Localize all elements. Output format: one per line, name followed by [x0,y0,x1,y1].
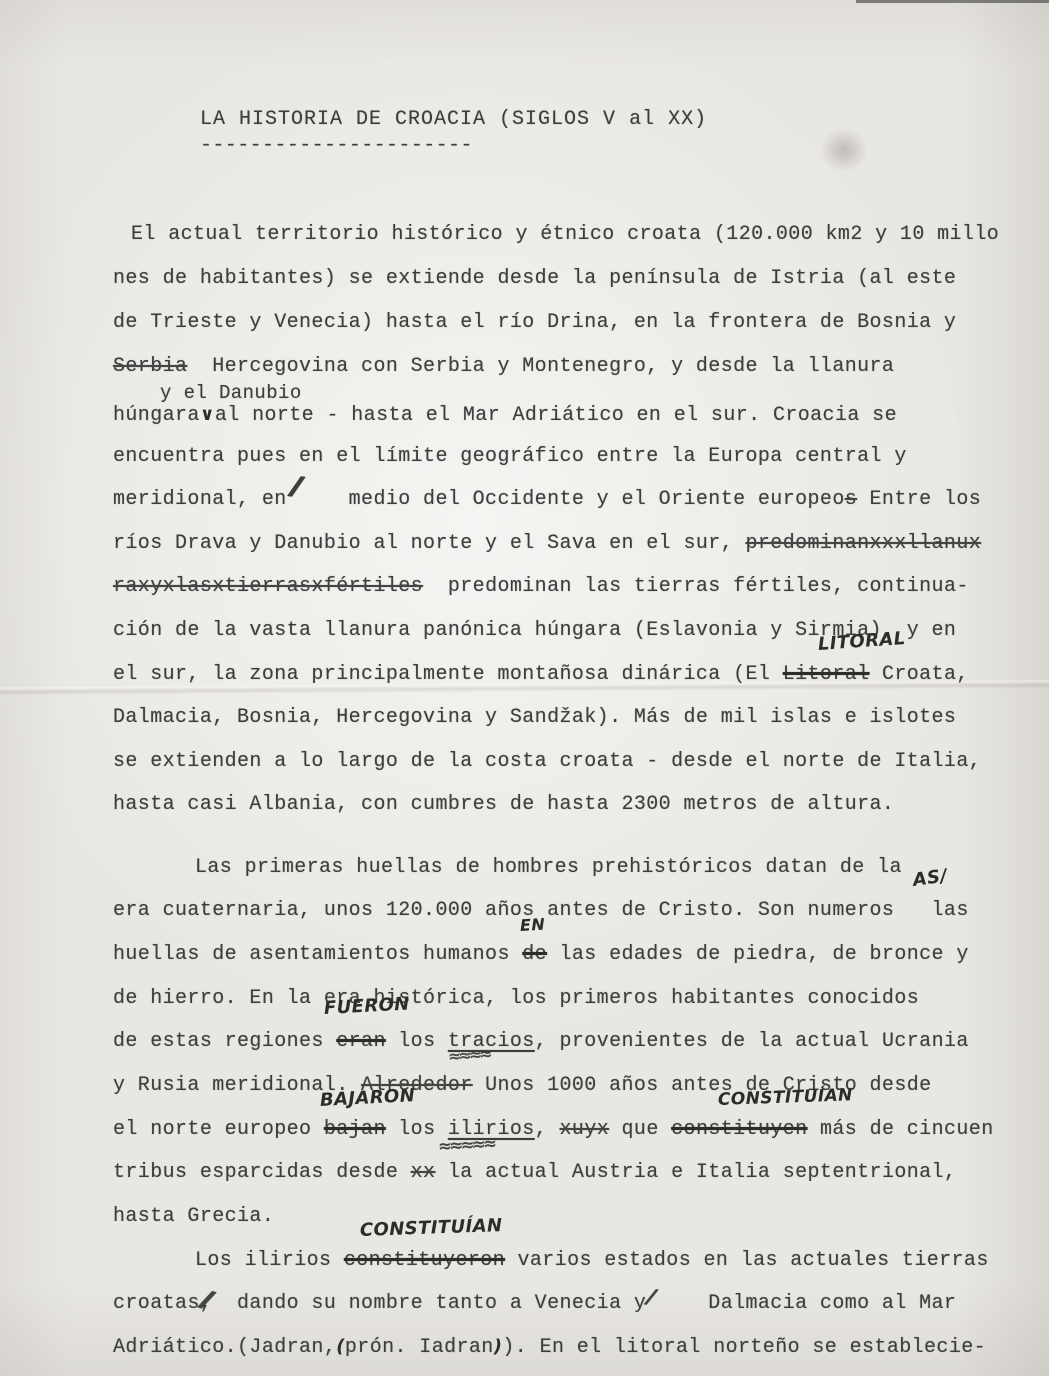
title-underline: ---------------------- [200,136,473,156]
overtyped-strikeout: xx [411,1161,436,1184]
typed-text: de hierro. En la era histórica, los prim… [113,987,919,1010]
typed-text: encuentra pues en el límite geográfico e… [113,445,907,468]
typed-text: y el Danubio [160,382,302,404]
typed-text: las edades de piedra, de bronce y [547,943,969,966]
typed-text: nes de habitantes) se extiende desde la … [113,267,956,290]
typed-text: ríos Drava y Danubio al norte y el Sava … [113,532,746,555]
p1-line-13: se extienden a lo largo de la costa croa… [113,752,981,772]
typed-text: predominan las tierras fértiles, continu… [423,575,969,598]
p2-line-7: el norte europeo bajan los ilirios, xuyx… [113,1120,994,1140]
p3-line-1: Los ilirios constituyeron varios estados… [195,1251,989,1271]
hand-as: AS/ [912,867,949,890]
p2-line-9: hasta Grecia. [113,1207,274,1227]
p1-line-12: Dalmacia, Bosnia, Hercegovina y Sandžak)… [113,708,956,728]
typed-text: croatas, dando su nombre tanto a Venecia… [113,1292,956,1315]
typed-text: Dalmacia, Bosnia, Hercegovina y Sandžak)… [113,706,956,729]
pen-strikeout: eran [336,1030,386,1053]
typed-text: varios estados en las actuales tierras [505,1249,989,1272]
p1-line-9: raxyxlasxtierrasxfértiles predominan las… [113,577,969,597]
p2-line-4: de hierro. En la era histórica, los prim… [113,989,919,1009]
inserted-line-y-el-danubio: y el Danubio [160,384,302,403]
document-title: LA HISTORIA DE CROACIA (SIGLOS V al XX) [200,110,707,130]
p2-line-3: huellas de asentamientos humanos de las … [113,945,969,965]
typed-text: meridional, en medio del Occidente y el … [113,488,845,511]
hand-fueron: FUERON [324,996,411,1018]
typed-text: El actual territorio histórico y étnico … [131,223,999,246]
typed-text: el norte europeo [113,1118,324,1141]
typed-text: , provenientes de la actual Ucrania [535,1030,969,1053]
typed-text: Los ilirios [195,1249,344,1272]
typed-text: los [386,1030,448,1053]
typed-text: Hercegovina con Serbia y Montenegro, y d… [187,355,894,378]
typed-text: prón. Iadran [345,1336,494,1359]
typed-text: al norte - hasta el Mar Adriático en el … [215,404,897,427]
p1-line-14: hasta casi Albania, con cumbres de hasta… [113,795,894,815]
p1-line-3: de Trieste y Venecia) hasta el río Drina… [113,313,956,333]
typed-text: de estas regiones [113,1030,336,1053]
paper-smudge [820,128,868,172]
typed-text: hasta Grecia. [113,1205,274,1228]
p2-line-8: tribus esparcidas desde xx la actual Aus… [113,1163,956,1183]
overtyped-strikeout: Serbia [113,355,187,378]
typed-text: de Trieste y Venecia) hasta el río Drina… [113,311,956,334]
typed-text: Adriático.(Jadran, [113,1336,336,1359]
typed-text: EN [519,915,545,935]
p3-line-3: Adriático.(Jadran,(prón. Iadran)). En el… [113,1338,986,1358]
pen-strikeout: de [522,943,547,966]
overtyped-strikeout: s [845,488,857,511]
typed-text: CONSTITUÍAN [360,1215,503,1241]
hand-constituian-1: CONSTITUÍAN [718,1087,853,1109]
typed-text: la actual Austria e Italia septentrional… [435,1161,956,1184]
handwritten-mark: ∨ [200,404,215,425]
overtyped-strikeout: raxyxlasxtierrasxfértiles [113,575,423,598]
typed-text: ). En el litoral norteño se establecie- [502,1336,986,1359]
typed-text: , [535,1118,560,1141]
scan-corner-shade [979,0,1049,50]
typed-text: BAJARON [319,1085,415,1111]
typed-text: hasta casi Albania, con cumbres de hasta… [113,793,894,816]
hand-constituian-2: CONSTITUÍAN [360,1217,503,1240]
pen-strikeout: constituyen [671,1118,807,1141]
typed-text: Unos 1000 años antes de Cristo desde [473,1074,932,1097]
typed-text: tribus esparcidas desde [113,1161,411,1184]
pen-strikeout: Litoral [783,663,870,686]
typed-text: Entre los [857,488,981,511]
hand-litoral: LITORAL [817,630,906,654]
pen-squiggle-tracios: ≈≈≈≈ [447,1046,490,1065]
typed-text: que [609,1118,671,1141]
p1-line-11: el sur, la zona principalmente montañosa… [113,665,969,685]
pen-strikeout: constituyeron [344,1249,505,1272]
p1-line-2: nes de habitantes) se extiende desde la … [113,269,956,289]
pen-strikeout: bajan [324,1118,386,1141]
hand-bajaron: BAJARON [320,1087,416,1110]
overtyped-strikeout: xuyx [560,1118,610,1141]
p1-line-7: meridional, en medio del Occidente y el … [113,490,981,510]
typed-text: el sur, la zona principalmente montañosa… [113,663,783,686]
p1-line-5: húngara∨al norte - hasta el Mar Adriátic… [113,406,897,426]
typed-text: Croata, [870,663,969,686]
hand-en: EN [520,917,546,934]
typed-text: Las primeras huellas de hombres prehistó… [195,856,902,879]
typed-text: se extienden a lo largo de la costa croa… [113,750,981,773]
p1-line-8: ríos Drava y Danubio al norte y el Sava … [113,534,981,554]
typed-text: AS/ [911,865,948,891]
p2-line-1: Las primeras huellas de hombres prehistó… [195,858,902,878]
pen-squiggle-ilirios: ≈≈≈≈≈ [438,1136,495,1156]
typed-text: más de cincuen [808,1118,994,1141]
overtyped-strikeout: predominanxxxllanux [746,532,982,555]
p1-line-1: El actual territorio histórico y étnico … [131,225,999,245]
typed-text: ≈≈≈≈ [447,1044,490,1066]
typed-text: húngara [113,404,200,427]
p2-line-5: de estas regiones eran los tracios, prov… [113,1032,969,1052]
typed-text: ≈≈≈≈≈ [437,1134,494,1157]
p1-line-4: Serbia Hercegovina con Serbia y Monteneg… [113,357,894,377]
typed-text: huellas de asentamientos humanos [113,943,522,966]
typed-text: FUERON [323,994,410,1019]
typed-text: CONSTITUÍAN [718,1085,853,1110]
handwritten-mark: ( [336,1336,345,1357]
p1-line-6: encuentra pues en el límite geográfico e… [113,447,907,467]
p3-line-2: croatas, dando su nombre tanto a Venecia… [113,1294,956,1314]
document-page: LA HISTORIA DE CROACIA (SIGLOS V al XX) … [0,0,1049,1376]
